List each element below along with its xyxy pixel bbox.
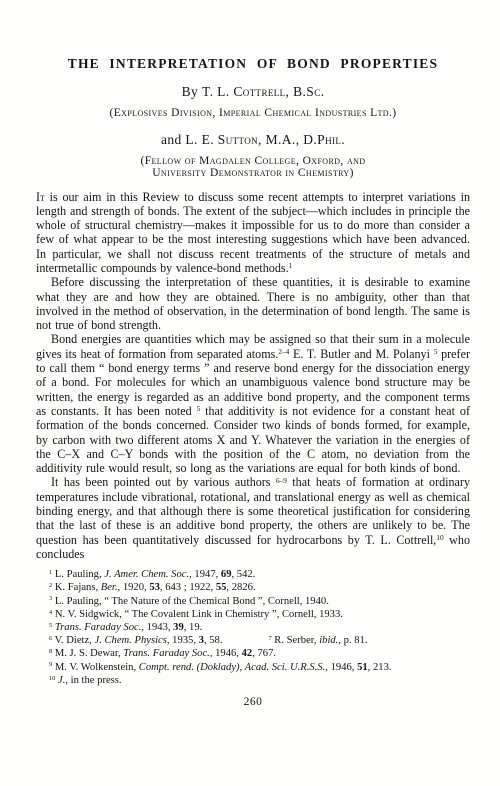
article-title: THE INTERPRETATION OF BOND PROPERTIES xyxy=(36,56,470,72)
affiliation-2-line-2: University Demonstrator in Chemistry) xyxy=(152,167,354,179)
footnotes-block: 1 L. Pauling, J. Amer. Chem. Soc., 1947,… xyxy=(36,568,470,687)
footnote-4: 4 N. V. Sidgwick, “ The Covalent Link in… xyxy=(49,608,470,621)
affiliation-2: (Fellow of Magdalen College, Oxford, and… xyxy=(36,155,470,180)
affiliation-2-line-1: (Fellow of Magdalen College, Oxford, and xyxy=(141,155,366,167)
affiliation-1: (Explosives Division, Imperial Chemical … xyxy=(36,107,470,120)
paragraph-1: It is our aim in this Review to discuss … xyxy=(36,190,470,276)
article-header: THE INTERPRETATION OF BOND PROPERTIES By… xyxy=(36,56,470,180)
footnote-10: 10 J., in the press. xyxy=(49,674,470,687)
footnote-9: 9 M. V. Wolkenstein, Compt. rend. (Dokla… xyxy=(49,661,470,674)
footnote-5: 5 Trans. Faraday Soc., 1943, 39, 19. xyxy=(49,621,470,634)
paragraph-3: Bond energies are quantities which may b… xyxy=(36,332,470,475)
page-number: 260 xyxy=(36,696,470,708)
article-body: It is our aim in this Review to discuss … xyxy=(36,190,470,562)
author-byline-2: and L. E. Sutton, M.A., D.Phil. xyxy=(36,132,470,147)
author-byline-1: By T. L. Cottrell, B.Sc. xyxy=(36,84,470,99)
paragraph-2: Before discussing the interpretation of … xyxy=(36,275,470,332)
footnote-1: 1 L. Pauling, J. Amer. Chem. Soc., 1947,… xyxy=(49,568,470,581)
footnote-3: 3 L. Pauling, “ The Nature of the Chemic… xyxy=(49,595,470,608)
scanned-journal-page: THE INTERPRETATION OF BOND PROPERTIES By… xyxy=(0,0,500,786)
footnote-8: 8 M. J. S. Dewar, Trans. Faraday Soc., 1… xyxy=(49,647,470,660)
footnote-6-7: 6 V. Dietz, J. Chem. Physics, 1935, 3, 5… xyxy=(49,634,470,647)
footnote-2: 2 K. Fajans, Ber., 1920, 53, 643 ; 1922,… xyxy=(49,581,470,594)
paragraph-4: It has been pointed out by various autho… xyxy=(36,475,470,561)
